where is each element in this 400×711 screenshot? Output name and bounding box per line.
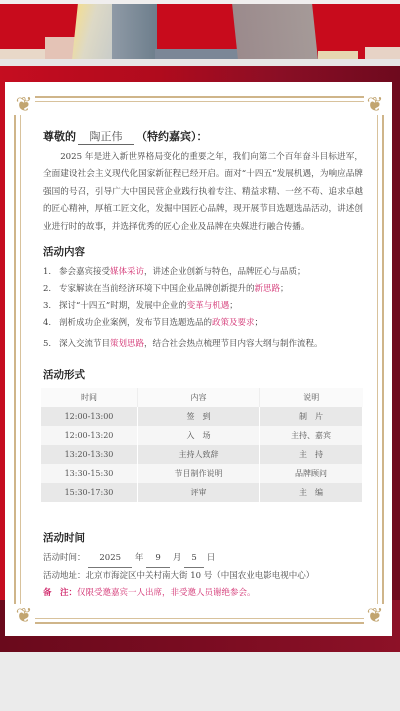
column-header-time: 时间 <box>41 388 137 407</box>
list-item: 1.参会嘉宾接受媒体采访，讲述企业创新与特色，品牌匠心与品质； <box>43 264 363 281</box>
cell-content: 签 到 <box>137 407 259 426</box>
activity-content-list: 1.参会嘉宾接受媒体采访，讲述企业创新与特色，品牌匠心与品质； 2.专家解读在当… <box>43 264 363 353</box>
invitation-content: 尊敬的陶正伟（特约嘉宾）： 2025 年是进入新世界格局变化的重要之年，我们向第… <box>43 128 363 602</box>
item-text: 参会嘉宾接受 <box>59 267 110 277</box>
item-text: ； <box>229 301 238 311</box>
item-number: 4. <box>43 315 59 332</box>
activity-content-heading: 活动内容 <box>43 244 363 259</box>
item-highlight: 策划思路 <box>110 339 144 349</box>
table-row: 12:00-13:00 签 到 制 片 <box>41 407 363 426</box>
list-item: 2.专家解读在当前经济环境下中国企业品牌创新提升的新思路； <box>43 281 363 298</box>
item-number: 5. <box>43 336 59 353</box>
guest-name: 陶正伟 <box>78 128 134 145</box>
table-row: 12:00-13:20 入 场 主持、嘉宾 <box>41 426 363 445</box>
cell-time: 13:20-13:30 <box>41 445 137 464</box>
cell-time: 12:00-13:00 <box>41 407 137 426</box>
list-item: 5.深入交流节目策划思路，结合社会热点梳理节目内容大纲与制作流程。 <box>43 336 363 353</box>
item-highlight: 新思路 <box>255 284 281 294</box>
table-row: 13:30-15:30 节目制作说明 品牌顾问 <box>41 464 363 483</box>
item-highlight: 政策及要求 <box>212 318 255 328</box>
table-row: 15:30-17:30 评审 主 编 <box>41 483 363 502</box>
location-label: 活动地址： <box>43 571 86 581</box>
item-text: ； <box>280 284 289 294</box>
item-text: 剖析成功企业案例，发布节目选题选品的 <box>59 318 212 328</box>
ornament-corner-icon: ❦ <box>364 604 386 626</box>
year-unit: 年 <box>135 553 144 563</box>
schedule-table: 时间 内容 说明 12:00-13:00 签 到 制 片 12:00-13:20… <box>41 388 363 502</box>
item-text: ； <box>255 318 264 328</box>
cell-content: 评审 <box>137 483 259 502</box>
activity-time-heading: 活动时间 <box>43 530 363 545</box>
item-text: 探讨“十四五”时期，发展中企业的 <box>59 301 187 311</box>
item-text: 深入交流节目 <box>59 339 110 349</box>
item-text: ，结合社会热点梳理节目内容大纲与制作流程。 <box>144 339 323 349</box>
table-header-row: 时间 内容 说明 <box>41 388 363 407</box>
salutation-prefix: 尊敬的 <box>43 130 76 143</box>
column-header-note: 说明 <box>260 388 363 407</box>
cell-time: 15:30-17:30 <box>41 483 137 502</box>
list-item: 3.探讨“十四五”时期，发展中企业的变革与机遇； <box>43 298 363 315</box>
activity-date: 活动时间： 2025 年 9 月 5 日 <box>43 550 363 568</box>
cell-time: 12:00-13:20 <box>41 426 137 445</box>
note-text: 仅限受邀嘉宾一人出席，非受邀人员谢绝参会。 <box>77 588 256 598</box>
cell-content: 节目制作说明 <box>137 464 259 483</box>
header-banner <box>0 0 400 66</box>
note-label: 备 注： <box>43 588 77 598</box>
activity-location: 活动地址：北京市海淀区中关村南大街 10 号（中国农业电影电视中心） <box>43 568 363 585</box>
column-header-content: 内容 <box>137 388 259 407</box>
cell-note: 品牌顾问 <box>260 464 363 483</box>
month-unit: 月 <box>173 553 182 563</box>
cell-content: 主持人致辞 <box>137 445 259 464</box>
ornament-corner-icon: ❦ <box>13 604 35 626</box>
item-highlight: 变革与机遇 <box>187 301 230 311</box>
item-highlight: 媒体采访 <box>110 267 144 277</box>
ornament-corner-icon: ❦ <box>364 93 386 115</box>
ornament-corner-icon: ❦ <box>13 93 35 115</box>
table-row: 13:20-13:30 主持人致辞 主 持 <box>41 445 363 464</box>
date-label: 活动时间： <box>43 553 86 563</box>
date-month: 9 <box>146 550 170 568</box>
cell-content: 入 场 <box>137 426 259 445</box>
salutation-suffix: （特约嘉宾）： <box>136 130 208 143</box>
intro-paragraph: 2025 年是进入新世界格局变化的重要之年，我们向第二个百年奋斗目标进军，全面建… <box>43 149 363 236</box>
skyline-illustration <box>0 4 400 59</box>
activity-note: 备 注：仅限受邀嘉宾一人出席，非受邀人员谢绝参会。 <box>43 585 363 602</box>
item-number: 1. <box>43 264 59 281</box>
cell-note: 制 片 <box>260 407 363 426</box>
activity-format-heading: 活动形式 <box>43 367 363 382</box>
day-unit: 日 <box>207 553 216 563</box>
item-number: 2. <box>43 281 59 298</box>
cell-note: 主持、嘉宾 <box>260 426 363 445</box>
list-item: 4.剖析成功企业案例，发布节目选题选品的政策及要求； <box>43 315 363 332</box>
cell-note: 主 持 <box>260 445 363 464</box>
cell-time: 13:30-15:30 <box>41 464 137 483</box>
item-text: ，讲述企业创新与特色，品牌匠心与品质； <box>144 267 306 277</box>
banner-divider <box>0 59 400 66</box>
cell-note: 主 编 <box>260 483 363 502</box>
location-value: 北京市海淀区中关村南大街 10 号（中国农业电影电视中心） <box>86 571 315 581</box>
item-text: 专家解读在当前经济环境下中国企业品牌创新提升的 <box>59 284 255 294</box>
item-number: 3. <box>43 298 59 315</box>
date-day: 5 <box>184 550 204 568</box>
date-year: 2025 <box>88 550 132 568</box>
salutation: 尊敬的陶正伟（特约嘉宾）： <box>43 128 363 146</box>
